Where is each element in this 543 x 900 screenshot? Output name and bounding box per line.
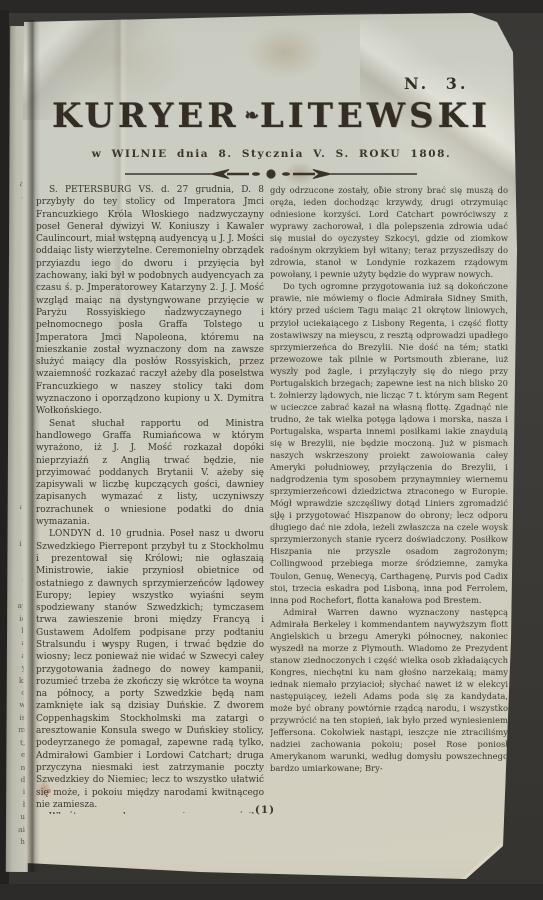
issue-number: N. 3. xyxy=(404,74,468,93)
paragraph: LONDYN d. 10 grudnia. Poseł nasz u dworu… xyxy=(36,528,264,811)
scanned-newspaper-background: e ay ai ł ć d i ił u t, ą ib ie h ir ki … xyxy=(0,0,543,900)
gutter-shadow xyxy=(26,20,40,872)
paper-corner-fold xyxy=(460,842,502,880)
page-number: (1) xyxy=(0,804,530,816)
masthead-title: KURYER❧LITEWSKI xyxy=(0,96,543,136)
paragraph: Admirał Warren dawno wyznaczony następcą… xyxy=(270,606,508,775)
paragraph: gdy odrzucone zostały, obie strony brać … xyxy=(270,184,508,280)
column-right: gdy odrzucone zostały, obie strony brać … xyxy=(270,184,508,814)
masthead-ornament-icon: ❧ xyxy=(245,106,259,126)
newspaper-page: N. 3. KURYER❧LITEWSKI w WILNIE dnia 8. S… xyxy=(0,0,543,900)
paragraph: Do tych ogromne przygotowania iuż są dok… xyxy=(270,280,508,605)
masthead-word-kuryer: KURYER xyxy=(52,96,240,136)
dateline: w WILNIE dnia 8. Stycznia V. S. ROKU 180… xyxy=(0,148,543,160)
scan-border-bottom xyxy=(0,884,543,900)
paragraph: S. PETERSBURG VS. d. 27 grudnia, D. 8 pr… xyxy=(36,184,264,418)
masthead-word-litewski: LITEWSKI xyxy=(260,96,491,136)
scan-border-top xyxy=(0,0,543,13)
ornamental-divider-icon xyxy=(123,165,419,183)
paragraph: Senat słuchał rapportu od Ministra handl… xyxy=(36,418,264,529)
column-left: S. PETERSBURG VS. d. 27 grudnia, D. 8 pr… xyxy=(36,184,264,814)
